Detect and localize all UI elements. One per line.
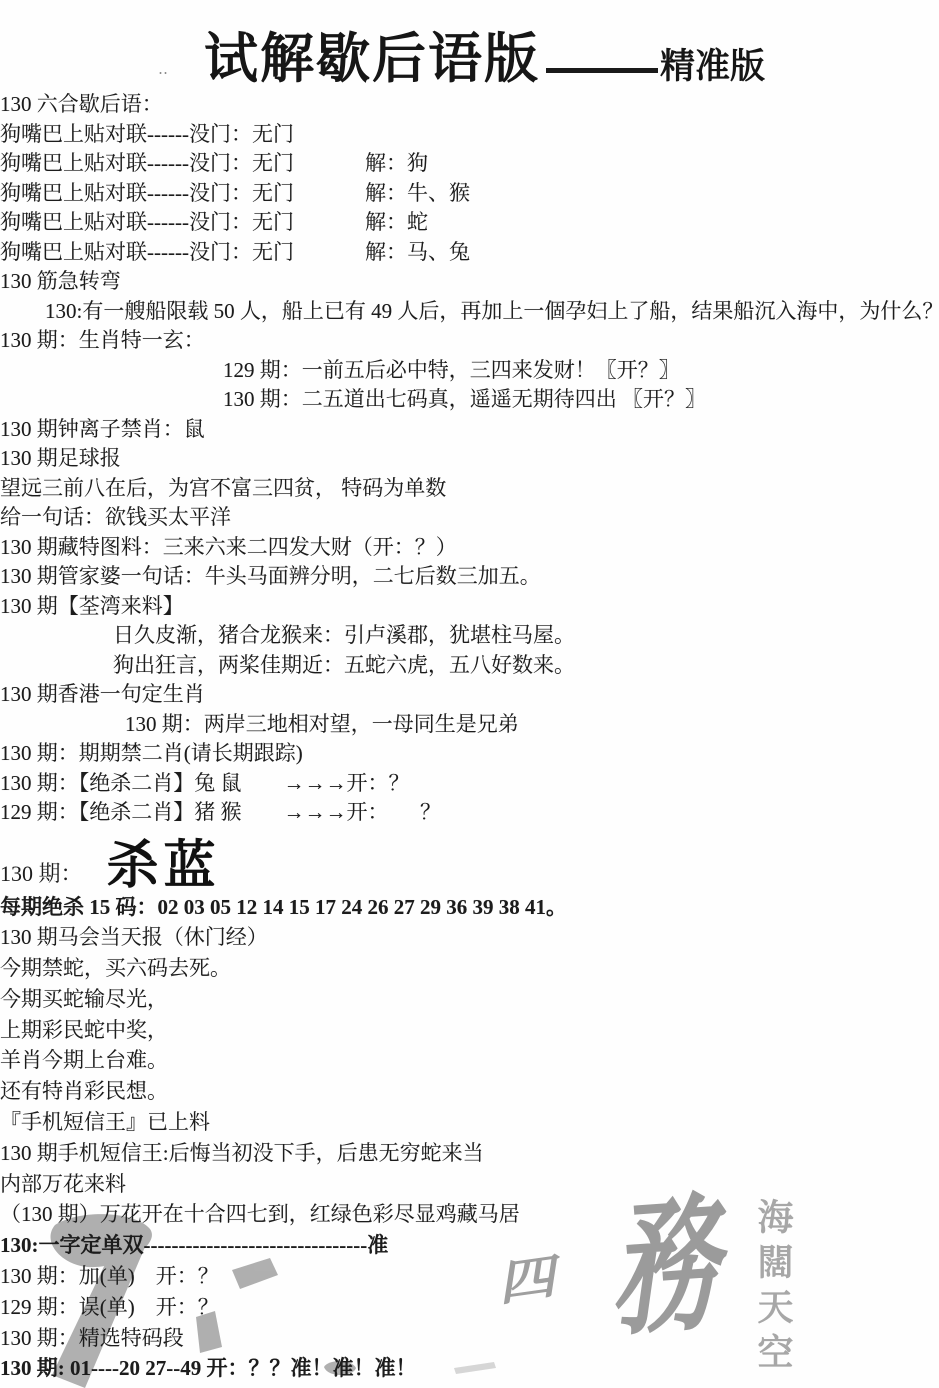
doc-line: （130 期）万花开在十合四七到，红绿色彩尽显鸡藏马居 (0, 1199, 939, 1230)
kill-blue-prefix: 130 期： (0, 863, 83, 892)
doc-line: 130:一字定单双-------------------------------… (0, 1230, 939, 1261)
title-dash (546, 68, 658, 73)
doc-line: 狗嘴巴上贴对联------没门：无门 解：马、兔 (0, 238, 939, 268)
page-title: 试解歇后语版 精准版 (0, 14, 939, 86)
riddle-answer: 解：牛、猴 (365, 179, 470, 209)
doc-line: 130 期：二五道出七码真，遥遥无期待四出 〖开？〗 (0, 385, 939, 415)
lower-text-block: 每期绝杀 15 码：02 03 05 12 14 15 17 24 26 27 … (0, 892, 939, 1385)
doc-line: 130 期：加(单) 开：？ (0, 1261, 939, 1292)
doc-line: 望远三前八在后，为宫不富三四贫， 特码为单数 (0, 474, 939, 504)
doc-line: 130 期：生肖特一玄： (0, 326, 939, 356)
doc-line: 每期绝杀 15 码：02 03 05 12 14 15 17 24 26 27 … (0, 892, 939, 923)
doc-line: 今期禁蛇，买六码去死。 (0, 953, 939, 984)
doc-line: 130 期钟离子禁肖：鼠 (0, 415, 939, 445)
doc-line: 今期买蛇输尽光， (0, 984, 939, 1015)
doc-line: 狗出狂言，两桨佳期近：五蛇六虎，五八好数来。 (0, 651, 939, 681)
kill-blue-line: 130 期： 杀蓝 (0, 828, 939, 892)
doc-line: 上期彩民蛇中奖， (0, 1015, 939, 1046)
riddle-answer: 解：马、兔 (365, 238, 470, 268)
document-content: 试解歇后语版 精准版 130 六合歇后语： 狗嘴巴上贴对联------没门：无门… (0, 0, 939, 1384)
doc-line: 129 期：一前五后必中特，三四来发财！〖开？〗 (0, 356, 939, 386)
doc-line: 130 期香港一句定生肖 (0, 680, 939, 710)
doc-line: 130 六合歇后语： (0, 90, 939, 120)
doc-line: 还有特肖彩民想。 (0, 1076, 939, 1107)
page-title-main: 试解歇后语版 (204, 32, 540, 86)
doc-line: 130 期：精选特码段 (0, 1323, 939, 1354)
doc-line: 130 期藏特图料：三来六来二四发大财（开：？） (0, 533, 939, 563)
doc-line: 130 期【荃湾来料】 (0, 592, 939, 622)
page-title-sub: 精准版 (660, 49, 765, 84)
doc-line: 狗嘴巴上贴对联------没门：无门 解：牛、猴 (0, 179, 939, 209)
doc-line: 『手机短信王』已上料 (0, 1107, 939, 1138)
scanned-lottery-tips-page: 務 四 海闊天空 ‥ 试解歇后语版 精准版 130 六合歇后语： 狗嘴巴上贴对联… (0, 0, 939, 1388)
doc-line: 130 期：两岸三地相对望，一母同生是兄弟 (0, 710, 939, 740)
doc-line: 129 期：【绝杀二肖】猪 猴 →→→开： ？ (0, 798, 939, 828)
riddle-text: 狗嘴巴上贴对联------没门：无门 (0, 240, 294, 264)
doc-line: 130 期管家婆一句话：牛头马面辨分明，二七后数三加五。 (0, 562, 939, 592)
doc-line: 日久皮渐，猪合龙猴来：引卢溪郡，犹堪柱马屋。 (0, 621, 939, 651)
riddle-text: 狗嘴巴上贴对联------没门：无门 (0, 151, 294, 175)
doc-line: 狗嘴巴上贴对联------没门：无门 解：狗 (0, 149, 939, 179)
doc-line: 130 期手机短信王:后悔当初没下手，后患无穷蛇来当 (0, 1138, 939, 1169)
riddle-text: 狗嘴巴上贴对联------没门：无门 (0, 181, 294, 205)
upper-text-block: 130 六合歇后语： 狗嘴巴上贴对联------没门：无门 狗嘴巴上贴对联---… (0, 90, 939, 828)
kill-blue-text: 杀蓝 (107, 842, 221, 891)
doc-line: 130 期：期期禁二肖(请长期跟踪) (0, 739, 939, 769)
doc-line: 狗嘴巴上贴对联------没门：无门 解：蛇 (0, 208, 939, 238)
doc-line: 130 期: 01----20 27--49 开：？？准！准！准！ (0, 1353, 939, 1384)
riddle-answer: 解：狗 (365, 149, 428, 179)
doc-line: 狗嘴巴上贴对联------没门：无门 (0, 120, 939, 150)
doc-line: 130:有一艘船限载 50 人，船上已有 49 人后，再加上一個孕妇上了船，结果… (0, 297, 939, 327)
doc-line: 130 期足球报 (0, 444, 939, 474)
doc-line: 130 筋急转弯 (0, 267, 939, 297)
riddle-answer: 解：蛇 (365, 208, 428, 238)
doc-line: 129 期：误(单) 开：？ (0, 1292, 939, 1323)
doc-line: 给一句话：欲钱买太平洋 (0, 503, 939, 533)
riddle-text: 狗嘴巴上贴对联------没门：无门 (0, 210, 294, 234)
doc-line: 130 期：【绝杀二肖】兔 鼠 →→→开：？ (0, 769, 939, 799)
doc-line: 内部万花来料 (0, 1169, 939, 1200)
doc-line: 130 期马会当天报（休门经） (0, 922, 939, 953)
doc-line: 羊肖今期上台难。 (0, 1045, 939, 1076)
